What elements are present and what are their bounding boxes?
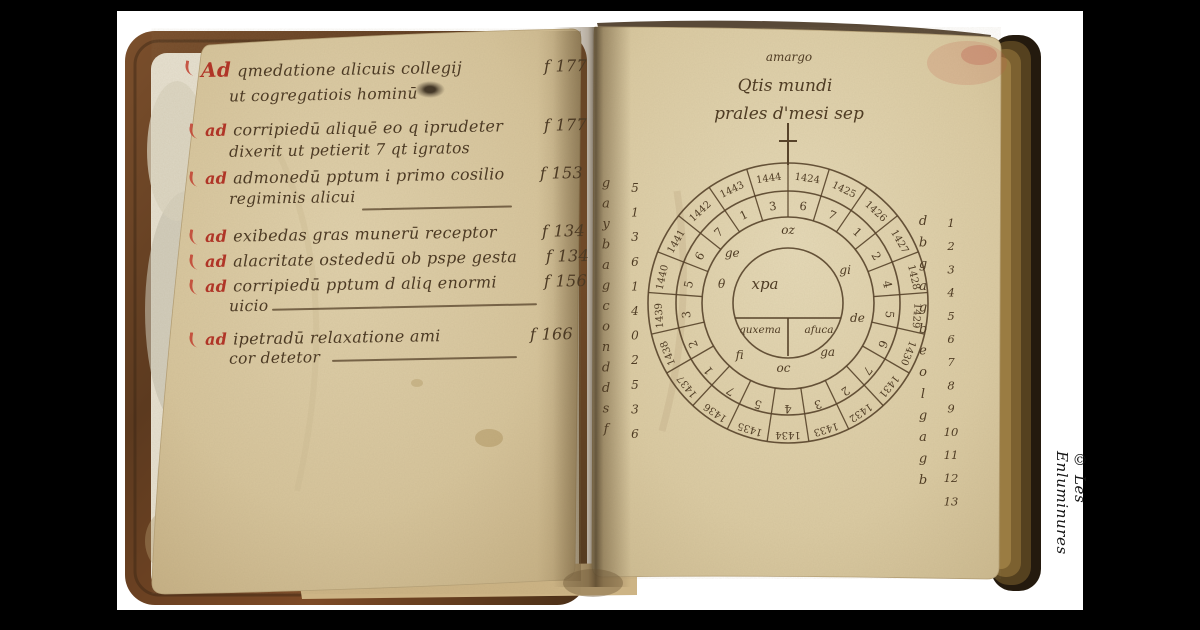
left-number-column-glyph: 5 <box>631 378 639 392</box>
right-letter-column-glyph: e <box>919 344 927 359</box>
right-letter-column-glyph: o <box>919 365 927 380</box>
wheel-center-right-label: afuca <box>804 324 833 336</box>
left-number-column-glyph: 4 <box>630 304 639 318</box>
right-number-column-glyph: 4 <box>946 286 954 300</box>
left-number-column-glyph: 3 <box>631 230 639 244</box>
left-number-column-glyph: 1 <box>631 206 639 220</box>
right-number-column-glyph: 7 <box>947 355 955 369</box>
left-letter-column-glyph: c <box>602 299 610 314</box>
right-letter-column-glyph: g <box>919 300 927 315</box>
left-letter-column-glyph: y <box>601 217 610 232</box>
right-number-column-glyph: 12 <box>944 471 959 485</box>
wheel-number: 5 <box>882 310 897 318</box>
photo-mat: amargo Qtis mundi prales d'mesi sep xpa … <box>117 11 1083 610</box>
left-number-column-glyph: 3 <box>631 402 639 416</box>
wheel-year: 1434 <box>775 429 800 440</box>
right-number-column-glyph: 6 <box>947 332 954 346</box>
wheel-ring-label: de <box>850 311 865 325</box>
wheel-ring-label: fi <box>735 348 744 362</box>
left-number-column-glyph: 6 <box>631 427 639 441</box>
left-page-texture <box>152 29 581 594</box>
left-number-column-glyph: 2 <box>630 353 639 367</box>
copyright-credit: © Les Enluminures <box>1053 451 1089 591</box>
wheel-ring-label: ge <box>725 246 740 260</box>
right-letter-column-glyph: b <box>919 322 927 337</box>
left-letter-column-glyph: a <box>602 197 610 212</box>
left-letter-column-glyph: d <box>602 361 610 376</box>
right-number-column-glyph: 8 <box>947 378 954 392</box>
right-letter-column-glyph: l <box>921 387 925 402</box>
right-letter-column-glyph: a <box>919 279 927 294</box>
wheel-center-left-label: quxema <box>739 324 781 336</box>
right-letter-column-glyph: b <box>919 236 927 251</box>
wheel-title-line1: Qtis mundi <box>738 76 833 96</box>
left-number-column-glyph: 1 <box>631 279 639 293</box>
right-number-column-glyph: 9 <box>947 402 954 416</box>
left-letter-column-glyph: g <box>602 279 610 294</box>
wheel-title-small: amargo <box>766 50 812 64</box>
right-number-column-glyph: 5 <box>947 309 954 323</box>
right-number-column-glyph: 2 <box>946 239 954 253</box>
right-letter-column-glyph: g <box>919 452 927 467</box>
wheel-ring-label: ga <box>820 345 835 359</box>
gutter-shadow <box>553 27 631 587</box>
left-letter-column-glyph: s <box>603 402 610 417</box>
manuscript-photo: amargo Qtis mundi prales d'mesi sep xpa … <box>0 0 1200 630</box>
right-letter-column-glyph: g <box>919 408 927 423</box>
right-letter-column-glyph: b <box>919 473 927 488</box>
wheel-ring-label: oz <box>781 223 795 237</box>
wheel-title-line2: prales d'mesi sep <box>714 104 864 124</box>
wheel-ring-label: gi <box>839 263 851 277</box>
left-number-column-glyph: 0 <box>631 329 639 343</box>
right-letter-column-glyph: g <box>919 257 927 272</box>
wheel-ring-label: θ <box>718 277 726 291</box>
left-letter-column-glyph: g <box>602 176 610 191</box>
left-number-column-glyph: 6 <box>631 255 639 269</box>
left-letter-column-glyph: o <box>602 320 610 335</box>
left-number-column-glyph: 5 <box>631 181 639 195</box>
right-letter-column-glyph: d <box>919 214 927 229</box>
right-letter-column-glyph: a <box>919 430 927 445</box>
left-letter-column-glyph: n <box>602 340 610 355</box>
left-letter-column-glyph: d <box>602 381 610 396</box>
wheel-number: 4 <box>784 402 791 416</box>
left-letter-column-glyph: a <box>602 258 610 273</box>
right-number-column-glyph: 1 <box>947 216 954 230</box>
book-photo: amargo Qtis mundi prales d'mesi sep xpa … <box>117 11 1083 610</box>
wheel-ring-label: oc <box>776 361 790 375</box>
wheel-center-top-label: xpa <box>751 275 778 293</box>
right-number-column-glyph: 10 <box>944 425 959 439</box>
gutter-bottom-shadow <box>563 569 623 597</box>
right-number-column-glyph: 13 <box>944 494 959 508</box>
right-number-column-glyph: 11 <box>944 448 959 462</box>
left-letter-column-glyph: b <box>602 238 610 253</box>
wheel-year: 1439 <box>653 303 666 329</box>
right-number-column-glyph: 3 <box>947 262 954 276</box>
wheel-number: 3 <box>679 310 694 318</box>
